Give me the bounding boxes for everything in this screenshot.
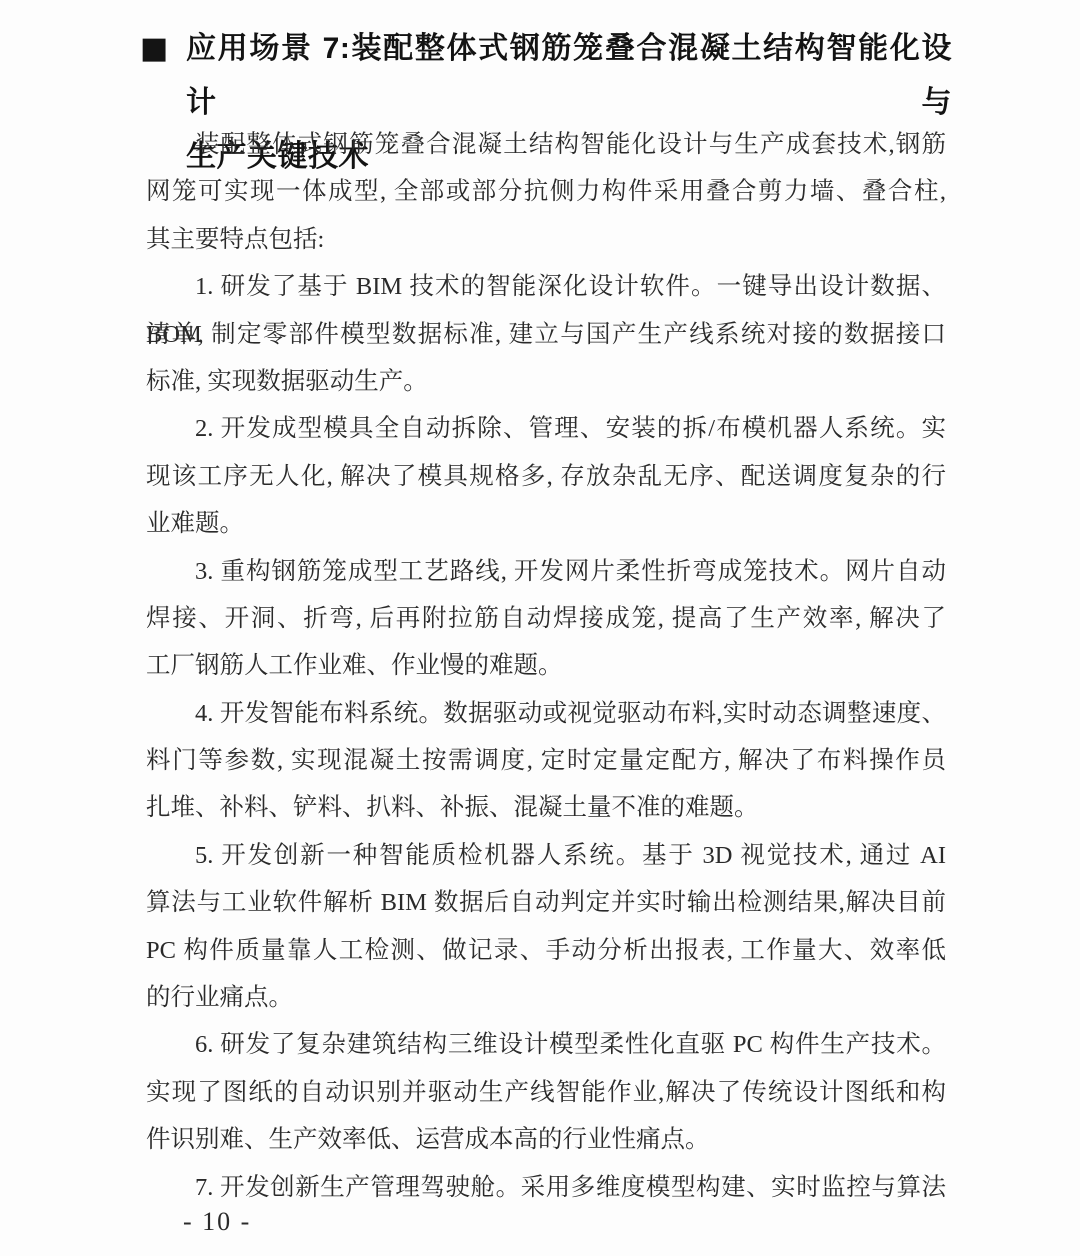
text-line: PC 构件质量靠人工检测、做记录、手动分析出报表, 工作量大、效率低 [146, 927, 946, 974]
text-line: 2. 开发成型模具全自动拆除、管理、安装的拆/布模机器人系统。实 [146, 405, 946, 452]
text-line: 算法与工业软件解析 BIM 数据后自动判定并实时输出检测结果,解决目前 [146, 879, 946, 926]
section-title-line: 应用场景 7:装配整体式钢筋笼叠合混凝土结构智能化设计与 [186, 22, 952, 130]
paragraph: 6. 研发了复杂建筑结构三维设计模型柔性化直驱 PC 构件生产技术。实现了图纸的… [146, 1021, 946, 1163]
paragraph: 2. 开发成型模具全自动拆除、管理、安装的拆/布模机器人系统。实现该工序无人化,… [146, 405, 946, 547]
paragraph: 3. 重构钢筋笼成型工艺路线, 开发网片柔性折弯成笼技术。网片自动焊接、开洞、折… [146, 548, 946, 690]
text-line: 焊接、开洞、折弯, 后再附拉筋自动焊接成笼, 提高了生产效率, 解决了 [146, 595, 946, 642]
text-line: 3. 重构钢筋笼成型工艺路线, 开发网片柔性折弯成笼技术。网片自动 [146, 548, 946, 595]
text-line: 4. 开发智能布料系统。数据驱动或视觉驱动布料,实时动态调整速度、 [146, 690, 946, 737]
paragraph: 1. 研发了基于 BIM 技术的智能深化设计软件。一键导出设计数据、BOM清单,… [146, 263, 946, 405]
paragraph: 5. 开发创新一种智能质检机器人系统。基于 3D 视觉技术, 通过 AI算法与工… [146, 832, 946, 1022]
paragraph: 装配整体式钢筋笼叠合混凝土结构智能化设计与生产成套技术,钢筋网笼可实现一体成型,… [146, 121, 946, 263]
page-number: - 10 - [183, 1202, 251, 1242]
text-line: 标准, 实现数据驱动生产。 [146, 358, 946, 405]
text-line: 其主要特点包括: [146, 216, 946, 263]
text-line: 6. 研发了复杂建筑结构三维设计模型柔性化直驱 PC 构件生产技术。 [146, 1021, 946, 1068]
text-line: 工厂钢筋人工作业难、作业慢的难题。 [146, 642, 946, 689]
document-page: ■ 应用场景 7:装配整体式钢筋笼叠合混凝土结构智能化设计与 生产关键技术 装配… [0, 0, 1080, 1256]
text-line: 的行业痛点。 [146, 974, 946, 1021]
text-line: 现该工序无人化, 解决了模具规格多, 存放杂乱无序、配送调度复杂的行 [146, 453, 946, 500]
text-line: 实现了图纸的自动识别并驱动生产线智能作业,解决了传统设计图纸和构 [146, 1069, 946, 1116]
paragraph: 7. 开发创新生产管理驾驶舱。采用多维度模型构建、实时监控与算法 [146, 1164, 946, 1211]
text-line: 扎堆、补料、铲料、扒料、补振、混凝土量不准的难题。 [146, 784, 946, 831]
text-line: 网笼可实现一体成型, 全部或部分抗侧力构件采用叠合剪力墙、叠合柱, [146, 168, 946, 215]
text-line: 料门等参数, 实现混凝土按需调度, 定时定量定配方, 解决了布料操作员 [146, 737, 946, 784]
document-body: 装配整体式钢筋笼叠合混凝土结构智能化设计与生产成套技术,钢筋网笼可实现一体成型,… [146, 121, 946, 1211]
text-line: 1. 研发了基于 BIM 技术的智能深化设计软件。一键导出设计数据、BOM [146, 263, 946, 310]
square-bullet-icon: ■ [140, 34, 168, 64]
text-line: 清单, 制定零部件模型数据标准, 建立与国产生产线系统对接的数据接口 [146, 311, 946, 358]
text-line: 7. 开发创新生产管理驾驶舱。采用多维度模型构建、实时监控与算法 [146, 1164, 946, 1211]
paragraph: 4. 开发智能布料系统。数据驱动或视觉驱动布料,实时动态调整速度、料门等参数, … [146, 690, 946, 832]
text-line: 件识别难、生产效率低、运营成本高的行业性痛点。 [146, 1116, 946, 1163]
text-line: 5. 开发创新一种智能质检机器人系统。基于 3D 视觉技术, 通过 AI [146, 832, 946, 879]
text-line: 业难题。 [146, 500, 946, 547]
text-line: 装配整体式钢筋笼叠合混凝土结构智能化设计与生产成套技术,钢筋 [146, 121, 946, 168]
